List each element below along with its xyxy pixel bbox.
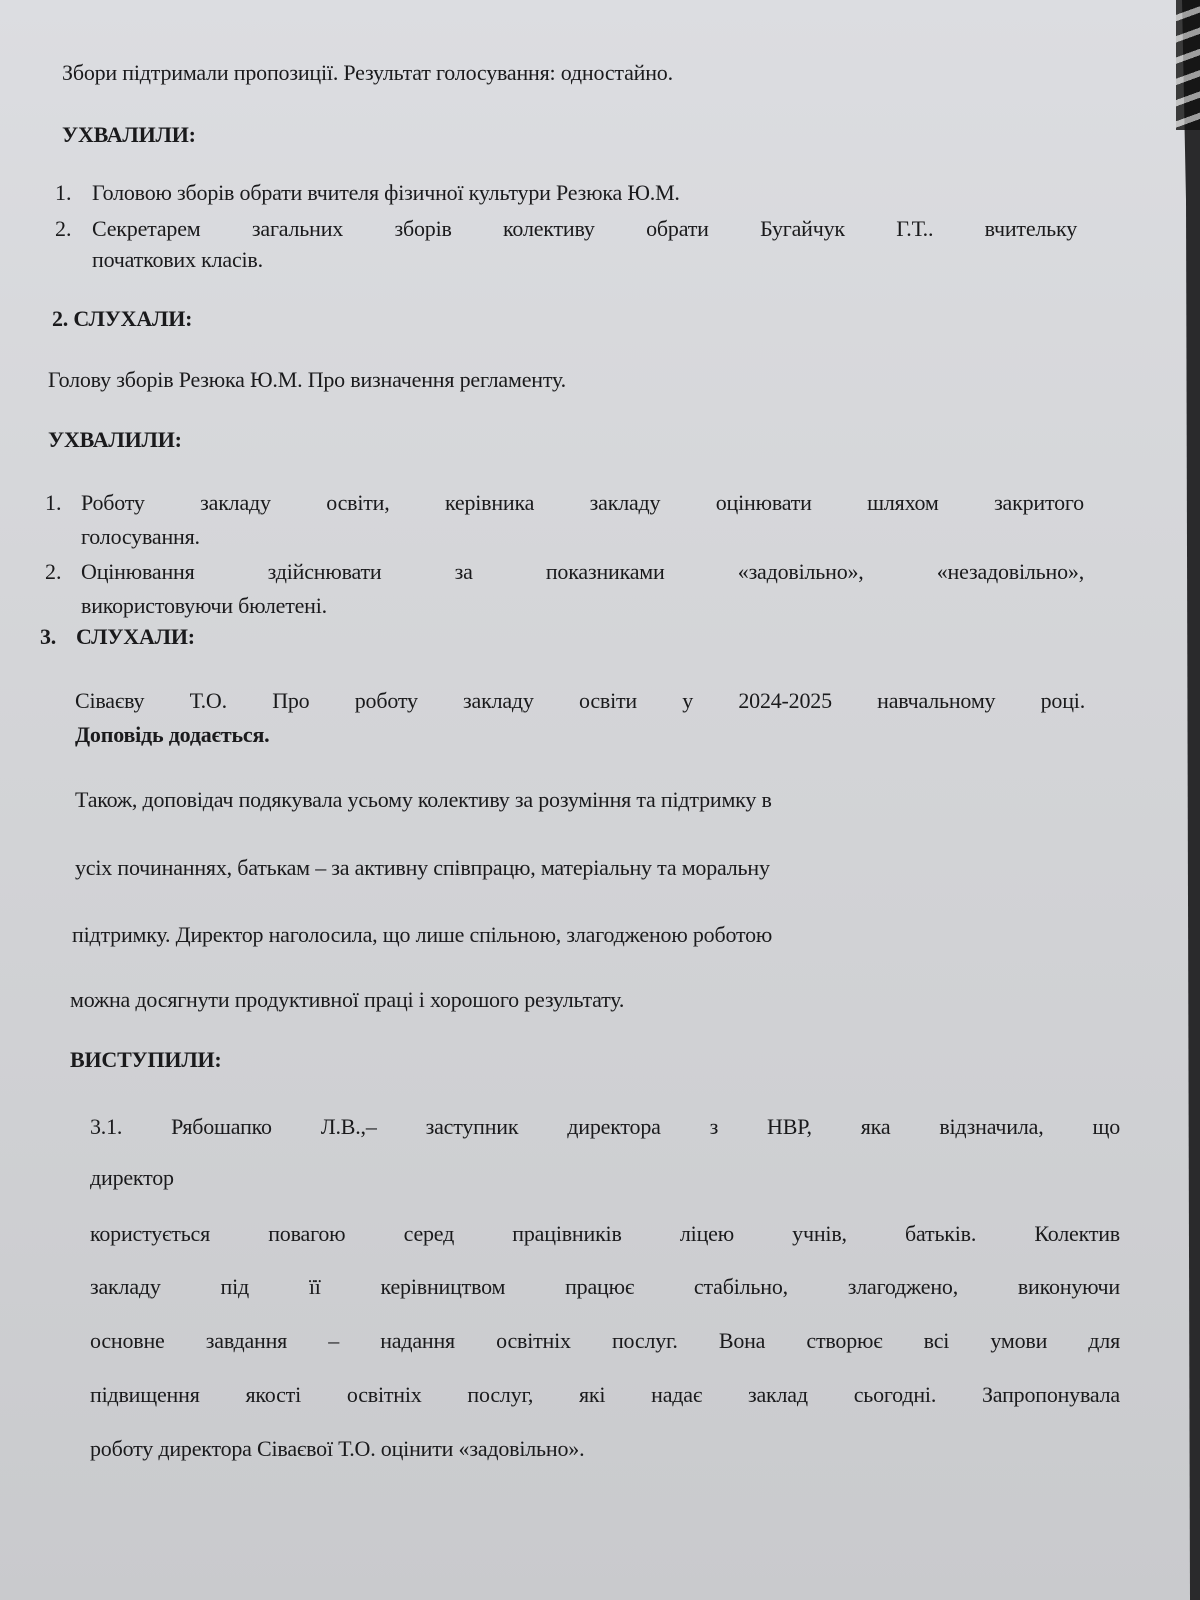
paragraph-line: можна досягнути продуктивної праці і хор…: [70, 985, 624, 1015]
section1-heading: УХВАЛИЛИ:: [62, 120, 196, 150]
list-item-continuation: початкових класів.: [92, 245, 263, 275]
spoke-heading: ВИСТУПИЛИ:: [70, 1045, 222, 1075]
list-item: Роботу закладу освіти, керівника закладу…: [81, 488, 1084, 518]
section2-text: Голову зборів Резюка Ю.М. Про визначення…: [48, 365, 566, 395]
list-item-continuation: використовуючи бюлетені.: [81, 591, 327, 621]
section2-resolved-heading: УХВАЛИЛИ:: [48, 425, 182, 455]
speaker-line: користується повагою серед працівників л…: [90, 1219, 1120, 1249]
paragraph-line: Також, доповідач подякувала усьому колек…: [75, 785, 772, 815]
background-edge: [1176, 0, 1200, 130]
list-item: Оцінювання здійснювати за показниками «з…: [81, 557, 1084, 587]
paragraph-line: усіх починаннях, батькам – за активну сп…: [75, 853, 770, 883]
section3-heading: СЛУХАЛИ:: [76, 622, 195, 652]
speaker-line: 3.1. Рябошапко Л.В.,– заступник директор…: [90, 1112, 1120, 1142]
intro-line: Збори підтримали пропозиції. Результат г…: [62, 58, 673, 88]
speaker-line: закладу під її керівництвом працює стабі…: [90, 1272, 1120, 1302]
paragraph-line: підтримку. Директор наголосила, що лише …: [72, 920, 772, 950]
list-item-number: 1.: [55, 178, 72, 208]
section3-heading-number: 3.: [40, 622, 56, 652]
section3-text: Сіваєву Т.О. Про роботу закладу освіти у…: [75, 686, 1085, 716]
speaker-line: основне завдання – надання освітніх посл…: [90, 1326, 1120, 1356]
list-item-number: 1.: [45, 488, 62, 518]
report-attached-note: Доповідь додається.: [75, 720, 269, 750]
list-item: Головою зборів обрати вчителя фізичної к…: [92, 178, 680, 208]
list-item-number: 2.: [45, 557, 62, 587]
speaker-line: директор: [90, 1163, 174, 1193]
document-page: Збори підтримали пропозиції. Результат г…: [0, 0, 1190, 1600]
list-item-number: 2.: [55, 214, 72, 244]
list-item: Секретарем загальних зборів колективу об…: [92, 214, 1077, 244]
list-item-continuation: голосування.: [81, 522, 200, 552]
speaker-line: підвищення якості освітніх послуг, які н…: [90, 1380, 1120, 1410]
section2-heading: 2. СЛУХАЛИ:: [52, 304, 192, 334]
speaker-line: роботу директора Сіваєвої Т.О. оцінити «…: [90, 1434, 584, 1464]
